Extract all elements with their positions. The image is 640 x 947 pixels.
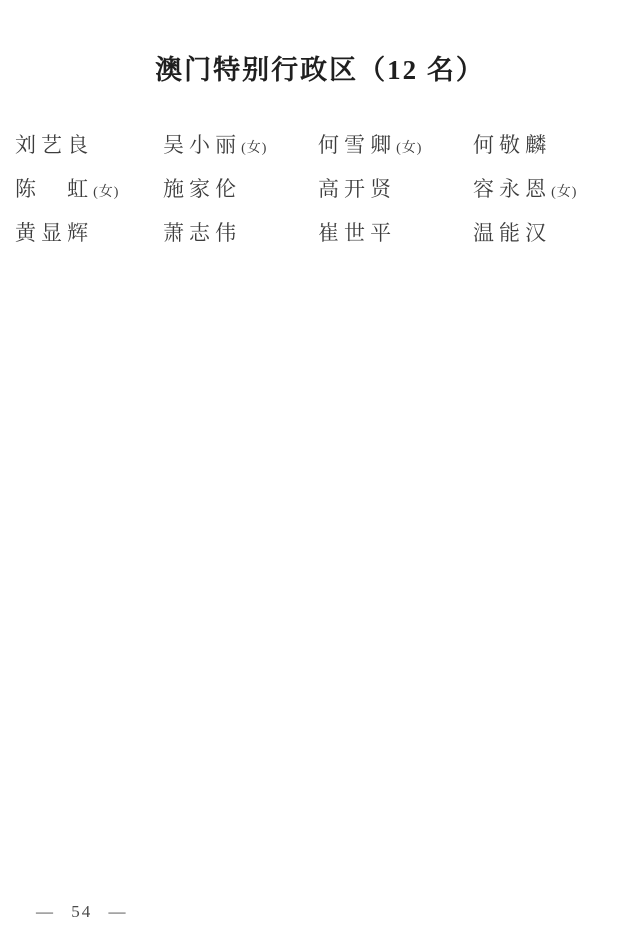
- document-page: 澳门特别行政区（12 名） 刘艺良 吴小丽(女) 何雪卿(女) 何敬麟 陈 虹(…: [0, 0, 640, 947]
- name-roster: 刘艺良 吴小丽(女) 何雪卿(女) 何敬麟 陈 虹(女) 施家伦 高开贤 容永恩…: [0, 133, 640, 265]
- person-name: 吴小丽: [163, 133, 241, 157]
- roster-cell: 刘艺良: [15, 133, 163, 161]
- roster-cell: 陈 虹(女): [15, 177, 163, 205]
- gender-suffix: (女): [93, 185, 119, 200]
- gender-suffix: (女): [551, 185, 577, 200]
- person-name: 崔世平: [318, 221, 396, 245]
- person-name: 萧志伟: [163, 221, 241, 245]
- page-number: — 54 —: [36, 902, 128, 922]
- person-name: 刘艺良: [15, 133, 93, 157]
- person-name: 高开贤: [318, 177, 396, 201]
- roster-cell: 温能汉: [473, 221, 640, 249]
- gender-suffix: (女): [396, 141, 422, 156]
- roster-cell: 容永恩(女): [473, 177, 640, 205]
- person-name: 黄显辉: [15, 221, 93, 245]
- roster-cell: 崔世平: [318, 221, 473, 249]
- person-name: 陈 虹: [15, 177, 93, 201]
- person-name: 温能汉: [473, 221, 551, 245]
- roster-cell: 何敬麟: [473, 133, 640, 161]
- page-title: 澳门特别行政区（12 名）: [0, 0, 640, 86]
- person-name: 施家伦: [163, 177, 241, 201]
- roster-cell: 吴小丽(女): [163, 133, 318, 161]
- roster-cell: 何雪卿(女): [318, 133, 473, 161]
- roster-cell: 萧志伟: [163, 221, 318, 249]
- gender-suffix: (女): [241, 141, 267, 156]
- roster-cell: 施家伦: [163, 177, 318, 205]
- roster-cell: 黄显辉: [15, 221, 163, 249]
- person-name: 容永恩: [473, 177, 551, 201]
- roster-cell: 高开贤: [318, 177, 473, 205]
- person-name: 何敬麟: [473, 133, 551, 157]
- person-name: 何雪卿: [318, 133, 396, 157]
